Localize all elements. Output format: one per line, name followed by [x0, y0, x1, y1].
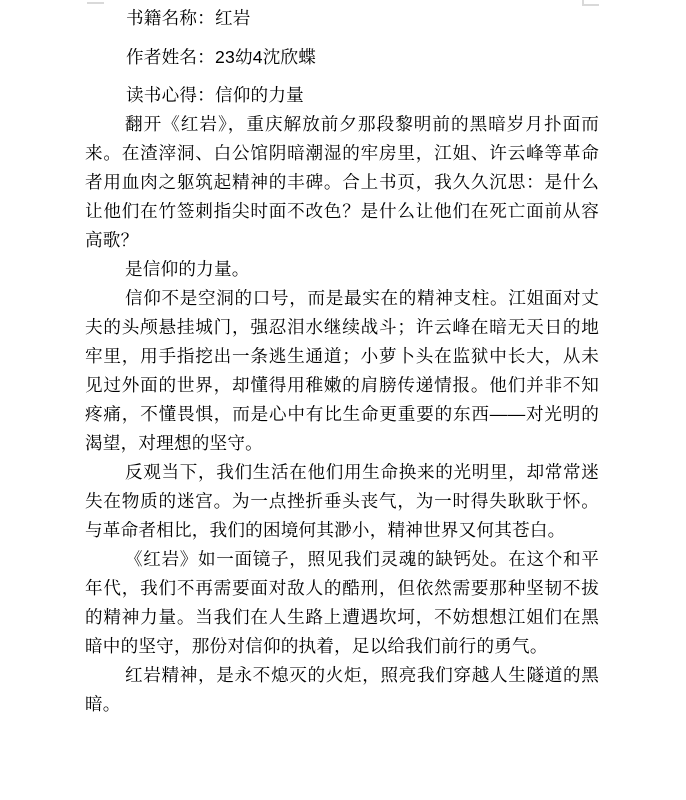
author-name-field: 作者姓名：23幼4沈欣蝶: [85, 43, 599, 72]
essay-paragraph: 反观当下，我们生活在他们用生命换来的光明里，却常常迷失在物质的迷宫。为一点挫折垂…: [85, 458, 599, 545]
book-title-field: 书籍名称：红岩: [85, 4, 599, 33]
essay-paragraph: 翻开《红岩》，重庆解放前夕那段黎明前的黑暗岁月扑面而来。在渣滓洞、白公馆阴暗潮湿…: [85, 110, 599, 255]
essay-paragraph: 《红岩》如一面镜子，照见我们灵魂的缺钙处。在这个和平年代，我们不再需要面对敌人的…: [85, 545, 599, 661]
reading-notes-title-field: 读书心得：信仰的力量: [85, 81, 599, 110]
essay-paragraph: 是信仰的力量。: [85, 255, 599, 284]
document-content: 书籍名称：红岩 作者姓名：23幼4沈欣蝶 读书心得：信仰的力量 翻开《红岩》，重…: [85, 4, 599, 719]
document-page: 书籍名称：红岩 作者姓名：23幼4沈欣蝶 读书心得：信仰的力量 翻开《红岩》，重…: [0, 0, 686, 800]
essay-body: 翻开《红岩》，重庆解放前夕那段黎明前的黑暗岁月扑面而来。在渣滓洞、白公馆阴暗潮湿…: [85, 110, 599, 719]
essay-paragraph: 信仰不是空洞的口号，而是最实在的精神支柱。江姐面对丈夫的头颅悬挂城门，强忍泪水继…: [85, 284, 599, 458]
report-header-fields: 书籍名称：红岩 作者姓名：23幼4沈欣蝶 读书心得：信仰的力量: [85, 4, 599, 110]
essay-paragraph: 红岩精神，是永不熄灭的火炬，照亮我们穿越人生隧道的黑暗。: [85, 661, 599, 719]
